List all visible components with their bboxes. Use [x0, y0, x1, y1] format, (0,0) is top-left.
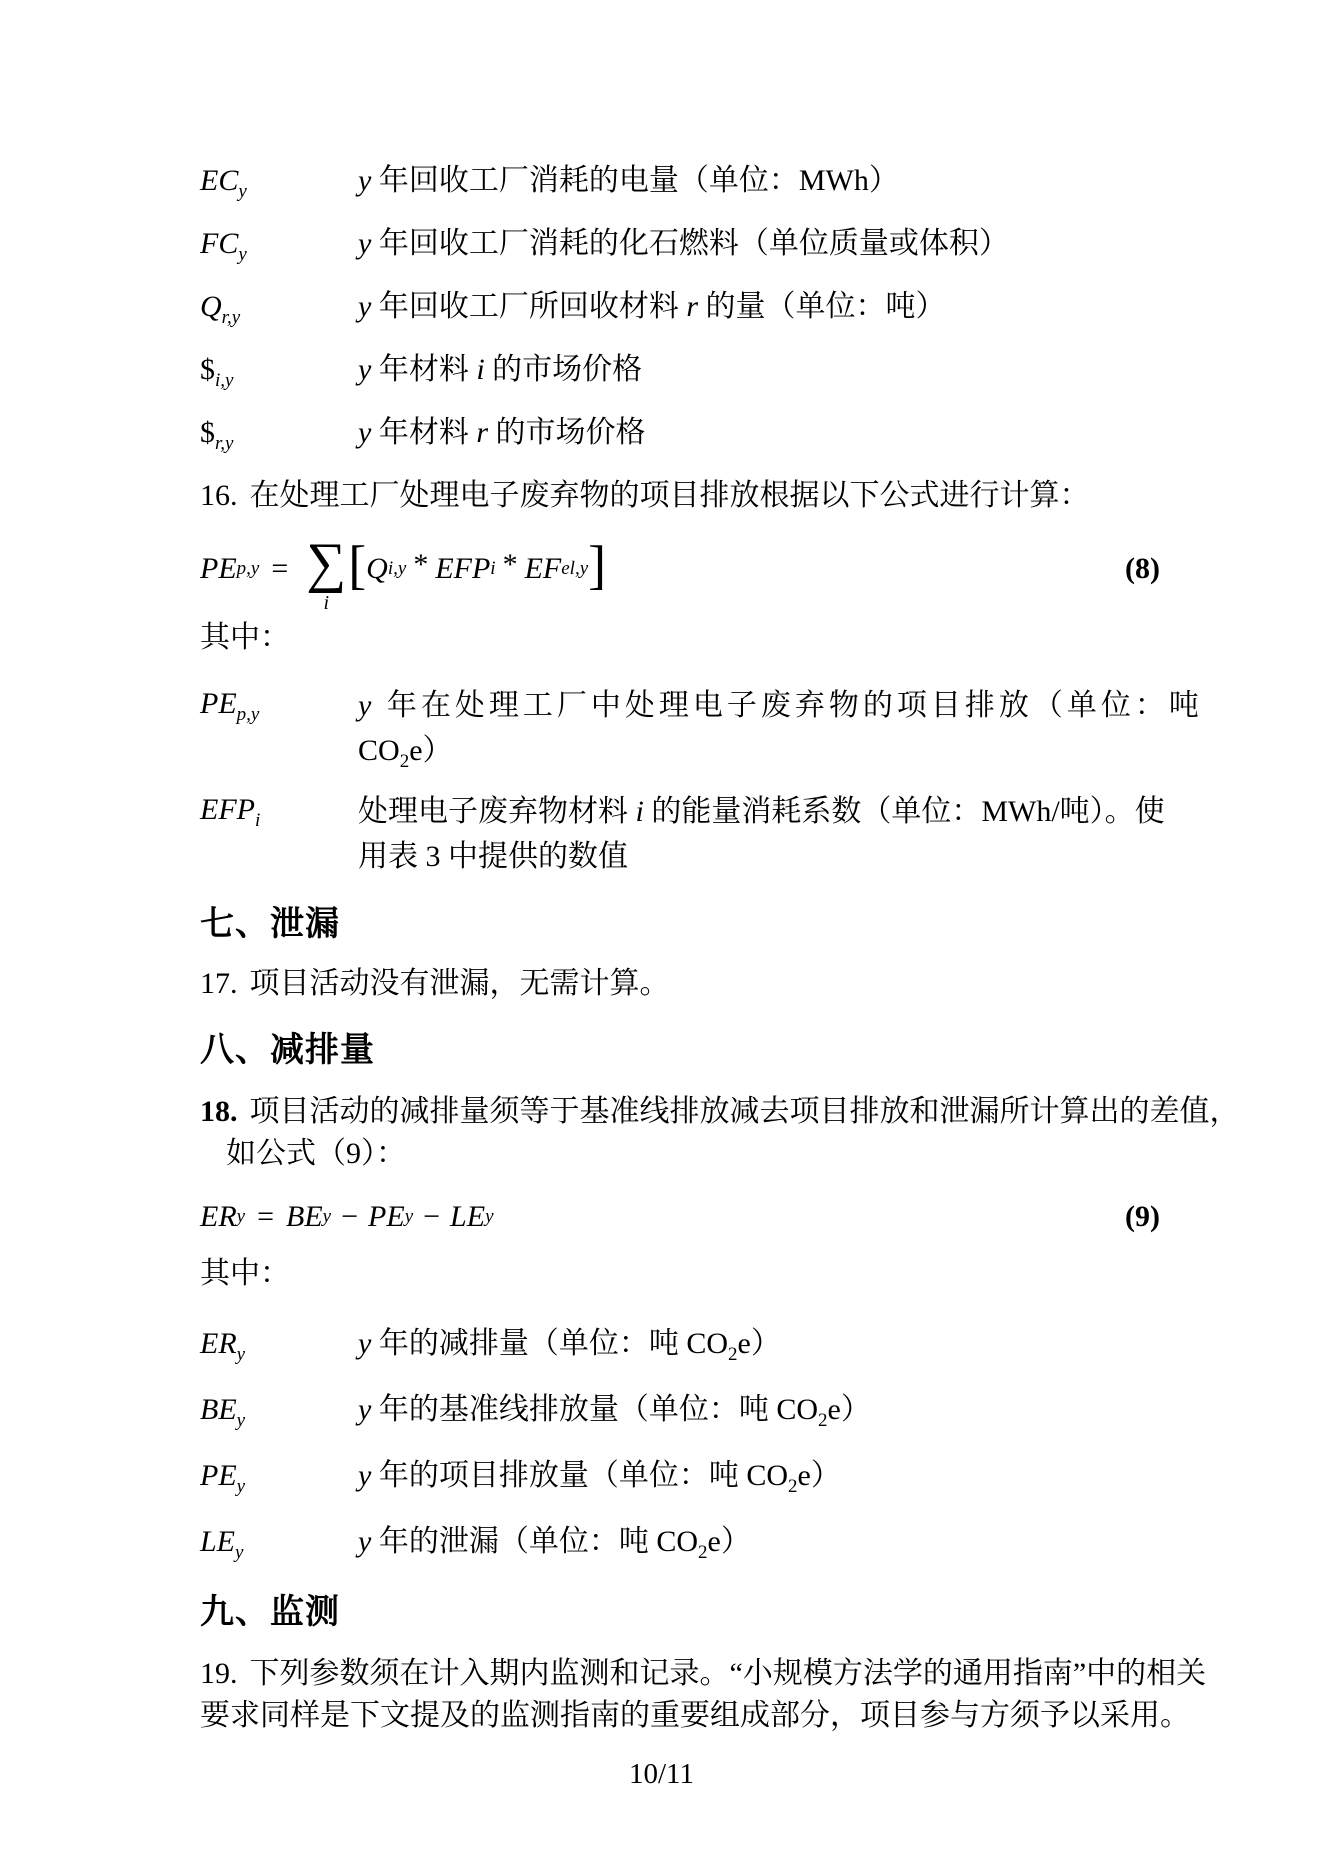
- desc-var: y: [358, 353, 371, 386]
- param-symbol: ECy: [200, 160, 358, 202]
- desc-var: i: [476, 353, 484, 386]
- desc-var: y: [358, 689, 375, 722]
- desc-text: e）: [798, 1459, 841, 1492]
- multiply-sign: *: [413, 544, 428, 586]
- param-row-bey: BEy y 年的基准线排放量（单位：吨 CO2e）: [200, 1389, 1160, 1431]
- desc-var: y: [358, 1327, 371, 1360]
- param-description: y 年材料 r 的市场价格: [358, 412, 1160, 454]
- param-row-ecy: ECy y 年回收工厂消耗的电量（单位：MWh）: [200, 160, 1160, 202]
- paragraph-line-2: 如公式（9）：: [200, 1133, 1160, 1175]
- paragraph-text: 项目活动的减排量须等于基准线排放减去项目排放和泄漏所计算出的差值，: [250, 1095, 1240, 1128]
- param-description: y 年的项目排放量（单位：吨 CO2e）: [358, 1455, 1160, 1497]
- param-row-pey: PEy y 年的项目排放量（单位：吨 CO2e）: [200, 1455, 1160, 1497]
- desc-text: 的市场价格: [488, 416, 646, 449]
- param-var-sub: y: [237, 1344, 245, 1365]
- co2-subscript: 2: [698, 1542, 708, 1563]
- param-row-efpi: EFPi 处理电子废弃物材料 i 的能量消耗系数（单位：MWh/吨）。使 用表 …: [200, 789, 1160, 879]
- param-description: y 年的泄漏（单位：吨 CO2e）: [358, 1521, 1160, 1563]
- desc-text: 年回收工厂消耗的化石燃料（单位质量或体积）: [371, 227, 1009, 260]
- desc-var: y: [358, 1525, 371, 1558]
- equals-sign: =: [257, 1196, 274, 1238]
- parameter-list-middle: PEp,y y 年在处理工厂中处理电子废弃物的项目排放（单位：吨 CO2e） E…: [200, 683, 1160, 879]
- co2-subscript: 2: [400, 751, 410, 772]
- paragraph-line-2: 要求同样是下文提及的监测指南的重要组成部分，项目参与方须予以采用。: [200, 1695, 1160, 1737]
- section-heading-monitoring: 九、监测: [200, 1589, 1160, 1635]
- param-var: EFP: [200, 793, 255, 826]
- param-symbol: BEy: [200, 1389, 358, 1431]
- param-var: Q: [200, 290, 222, 323]
- param-description: 处理电子废弃物材料 i 的能量消耗系数（单位：MWh/吨）。使 用表 3 中提供…: [358, 789, 1165, 879]
- desc-text: 年回收工厂所回收材料: [371, 290, 686, 323]
- param-var-sub: y: [238, 244, 246, 265]
- paragraph-text: 项目活动没有泄漏，无需计算。: [250, 967, 670, 1000]
- param-row-price-r: $r,y y 年材料 r 的市场价格: [200, 412, 1160, 454]
- desc-var: r: [476, 416, 488, 449]
- paragraph-number: 16.: [200, 479, 238, 512]
- eq8-term1: Q: [366, 548, 388, 590]
- param-symbol: ERy: [200, 1323, 358, 1365]
- desc-var: r: [686, 290, 698, 323]
- section-heading-leakage: 七、泄漏: [200, 901, 1160, 947]
- paragraph-text: 下列参数须在计入期内监测和记录。“小规模方法学的通用指南”中的相关: [250, 1657, 1207, 1690]
- param-var-sub: r,y: [215, 433, 233, 454]
- desc-text: 年的基准线排放量（单位：吨 CO: [371, 1393, 818, 1426]
- eq9-term4: LE: [450, 1196, 485, 1238]
- co2-subscript: 2: [788, 1476, 798, 1497]
- paragraph-number: 18.: [200, 1095, 238, 1128]
- param-var-sub: y: [238, 181, 246, 202]
- desc-text: e）: [708, 1525, 751, 1558]
- co2-subscript: 2: [818, 1410, 828, 1431]
- desc-text: 处理电子废弃物材料: [358, 795, 636, 828]
- param-var: ER: [200, 1327, 237, 1360]
- param-symbol: FCy: [200, 223, 358, 265]
- sum-index: i: [323, 593, 329, 613]
- param-row-ley: LEy y 年的泄漏（单位：吨 CO2e）: [200, 1521, 1160, 1563]
- param-symbol: Qr,y: [200, 286, 358, 328]
- param-symbol: $r,y: [200, 412, 358, 454]
- desc-line-1: 处理电子废弃物材料 i 的能量消耗系数（单位：MWh/吨）。使: [358, 789, 1165, 834]
- document-page: ECy y 年回收工厂消耗的电量（单位：MWh） FCy y 年回收工厂消耗的化…: [0, 0, 1323, 1871]
- param-description: y 年的基准线排放量（单位：吨 CO2e）: [358, 1389, 1160, 1431]
- page-content: ECy y 年回收工厂消耗的电量（单位：MWh） FCy y 年回收工厂消耗的化…: [200, 160, 1160, 1737]
- paragraph-number: 19.: [200, 1657, 238, 1690]
- param-var: BE: [200, 1393, 237, 1426]
- param-description: y 年材料 i 的市场价格: [358, 349, 1160, 391]
- paragraph-line-1: 18.项目活动的减排量须等于基准线排放减去项目排放和泄漏所计算出的差值，: [200, 1091, 1160, 1133]
- multiply-sign: *: [503, 544, 518, 586]
- param-description: y 年的减排量（单位：吨 CO2e）: [358, 1323, 1160, 1365]
- param-var: $: [200, 353, 215, 386]
- equation-9: ERy = BEy − PEy − LEy (9): [200, 1189, 1160, 1245]
- param-row-price-i: $i,y y 年材料 i 的市场价格: [200, 349, 1160, 391]
- desc-text: e）: [738, 1327, 781, 1360]
- desc-var: y: [358, 290, 371, 323]
- desc-text: 用表 3 中提供的数值: [358, 840, 628, 873]
- desc-text: e）: [409, 734, 452, 767]
- desc-text: 年在处理工厂中处理电子废弃物的项目排放（单位：吨: [375, 689, 1203, 722]
- desc-text: 年材料: [371, 416, 476, 449]
- desc-text: 年回收工厂消耗的电量（单位：MWh）: [371, 164, 899, 197]
- desc-text: e）: [828, 1393, 871, 1426]
- param-var: FC: [200, 227, 238, 260]
- desc-line-1: y 年在处理工厂中处理电子废弃物的项目排放（单位：吨: [358, 683, 1203, 728]
- param-row-ery: ERy y 年的减排量（单位：吨 CO2e）: [200, 1323, 1160, 1365]
- param-var-sub: p,y: [237, 704, 260, 725]
- desc-var: i: [636, 795, 644, 828]
- param-var-sub: i,y: [215, 370, 233, 391]
- desc-var: y: [358, 416, 371, 449]
- paragraph-17: 17.项目活动没有泄漏，无需计算。: [200, 963, 1160, 1005]
- param-symbol: $i,y: [200, 349, 358, 391]
- desc-line-2: 用表 3 中提供的数值: [358, 834, 1165, 879]
- param-description: y 年在处理工厂中处理电子废弃物的项目排放（单位：吨 CO2e）: [358, 683, 1203, 773]
- eq9-term1: ER: [200, 1196, 237, 1238]
- equation-number-9: (9): [1125, 1196, 1160, 1238]
- desc-text: 的量（单位：吨）: [698, 290, 946, 323]
- where-label: 其中：: [200, 1253, 1160, 1295]
- param-row-qry: Qr,y y 年回收工厂所回收材料 r 的量（单位：吨）: [200, 286, 1160, 328]
- equation-8: PEp,y = ∑i [ Qi,y * EFPi * EFel,y ] (8): [200, 527, 1160, 611]
- param-symbol: LEy: [200, 1521, 358, 1563]
- param-var: EC: [200, 164, 238, 197]
- param-var: PE: [200, 687, 237, 720]
- equals-sign: =: [271, 548, 288, 590]
- desc-var: y: [358, 164, 371, 197]
- eq9-term2: BE: [286, 1196, 323, 1238]
- left-bracket: [: [348, 538, 366, 592]
- param-description: y 年回收工厂消耗的电量（单位：MWh）: [358, 160, 1160, 202]
- desc-text: 的市场价格: [485, 353, 643, 386]
- parameter-list-bottom: ERy y 年的减排量（单位：吨 CO2e） BEy y 年的基准线排放量（单位…: [200, 1323, 1160, 1563]
- paragraph-19: 19.下列参数须在计入期内监测和记录。“小规模方法学的通用指南”中的相关 要求同…: [200, 1653, 1160, 1737]
- param-var-sub: i: [255, 810, 260, 831]
- eq8-term2: EFP: [435, 548, 490, 590]
- param-row-fcy: FCy y 年回收工厂消耗的化石燃料（单位质量或体积）: [200, 223, 1160, 265]
- desc-text: 年的项目排放量（单位：吨 CO: [371, 1459, 788, 1492]
- param-var: PE: [200, 1459, 237, 1492]
- paragraph-16: 16.在处理工厂处理电子废弃物的项目排放根据以下公式进行计算：: [200, 475, 1160, 517]
- param-var-sub: y: [235, 1542, 243, 1563]
- param-row-pepy: PEp,y y 年在处理工厂中处理电子废弃物的项目排放（单位：吨 CO2e）: [200, 683, 1160, 773]
- paragraph-number: 17.: [200, 967, 238, 1000]
- desc-var: y: [358, 1459, 371, 1492]
- eq8-lhs: PE: [200, 548, 237, 590]
- equation-number-8: (8): [1125, 548, 1160, 590]
- minus-sign: −: [341, 1196, 358, 1238]
- desc-text: 的能量消耗系数（单位：MWh/吨）。使: [644, 795, 1165, 828]
- desc-text: CO: [358, 734, 400, 767]
- eq9-term3: PE: [368, 1196, 405, 1238]
- param-var-sub: y: [237, 1410, 245, 1431]
- section-heading-emission-reductions: 八、减排量: [200, 1027, 1160, 1073]
- where-label: 其中：: [200, 617, 1160, 659]
- paragraph-text: 在处理工厂处理电子废弃物的项目排放根据以下公式进行计算：: [250, 479, 1090, 512]
- page-number: 10/11: [0, 1758, 1323, 1791]
- desc-text: 年材料: [371, 353, 476, 386]
- param-description: y 年回收工厂所回收材料 r 的量（单位：吨）: [358, 286, 1160, 328]
- minus-sign: −: [423, 1196, 440, 1238]
- summation-symbol: ∑i: [306, 541, 346, 613]
- parameter-list-top: ECy y 年回收工厂消耗的电量（单位：MWh） FCy y 年回收工厂消耗的化…: [200, 160, 1160, 454]
- desc-line-2: CO2e）: [358, 728, 1203, 773]
- eq8-term3: EF: [525, 548, 562, 590]
- param-description: y 年回收工厂消耗的化石燃料（单位质量或体积）: [358, 223, 1160, 265]
- param-symbol: PEy: [200, 1455, 358, 1497]
- param-var-sub: y: [237, 1476, 245, 1497]
- param-var-sub: r,y: [222, 307, 240, 328]
- desc-var: y: [358, 1393, 371, 1426]
- param-symbol: EFPi: [200, 789, 358, 879]
- right-bracket: ]: [588, 538, 606, 592]
- desc-text: 年的减排量（单位：吨 CO: [371, 1327, 728, 1360]
- paragraph-18: 18.项目活动的减排量须等于基准线排放减去项目排放和泄漏所计算出的差值， 如公式…: [200, 1091, 1160, 1175]
- desc-var: y: [358, 227, 371, 260]
- param-var: $: [200, 416, 215, 449]
- param-symbol: PEp,y: [200, 683, 358, 773]
- param-var: LE: [200, 1525, 235, 1558]
- desc-text: 年的泄漏（单位：吨 CO: [371, 1525, 698, 1558]
- paragraph-line-1: 19.下列参数须在计入期内监测和记录。“小规模方法学的通用指南”中的相关: [200, 1653, 1160, 1695]
- co2-subscript: 2: [728, 1344, 738, 1365]
- sigma-glyph: ∑: [306, 541, 346, 586]
